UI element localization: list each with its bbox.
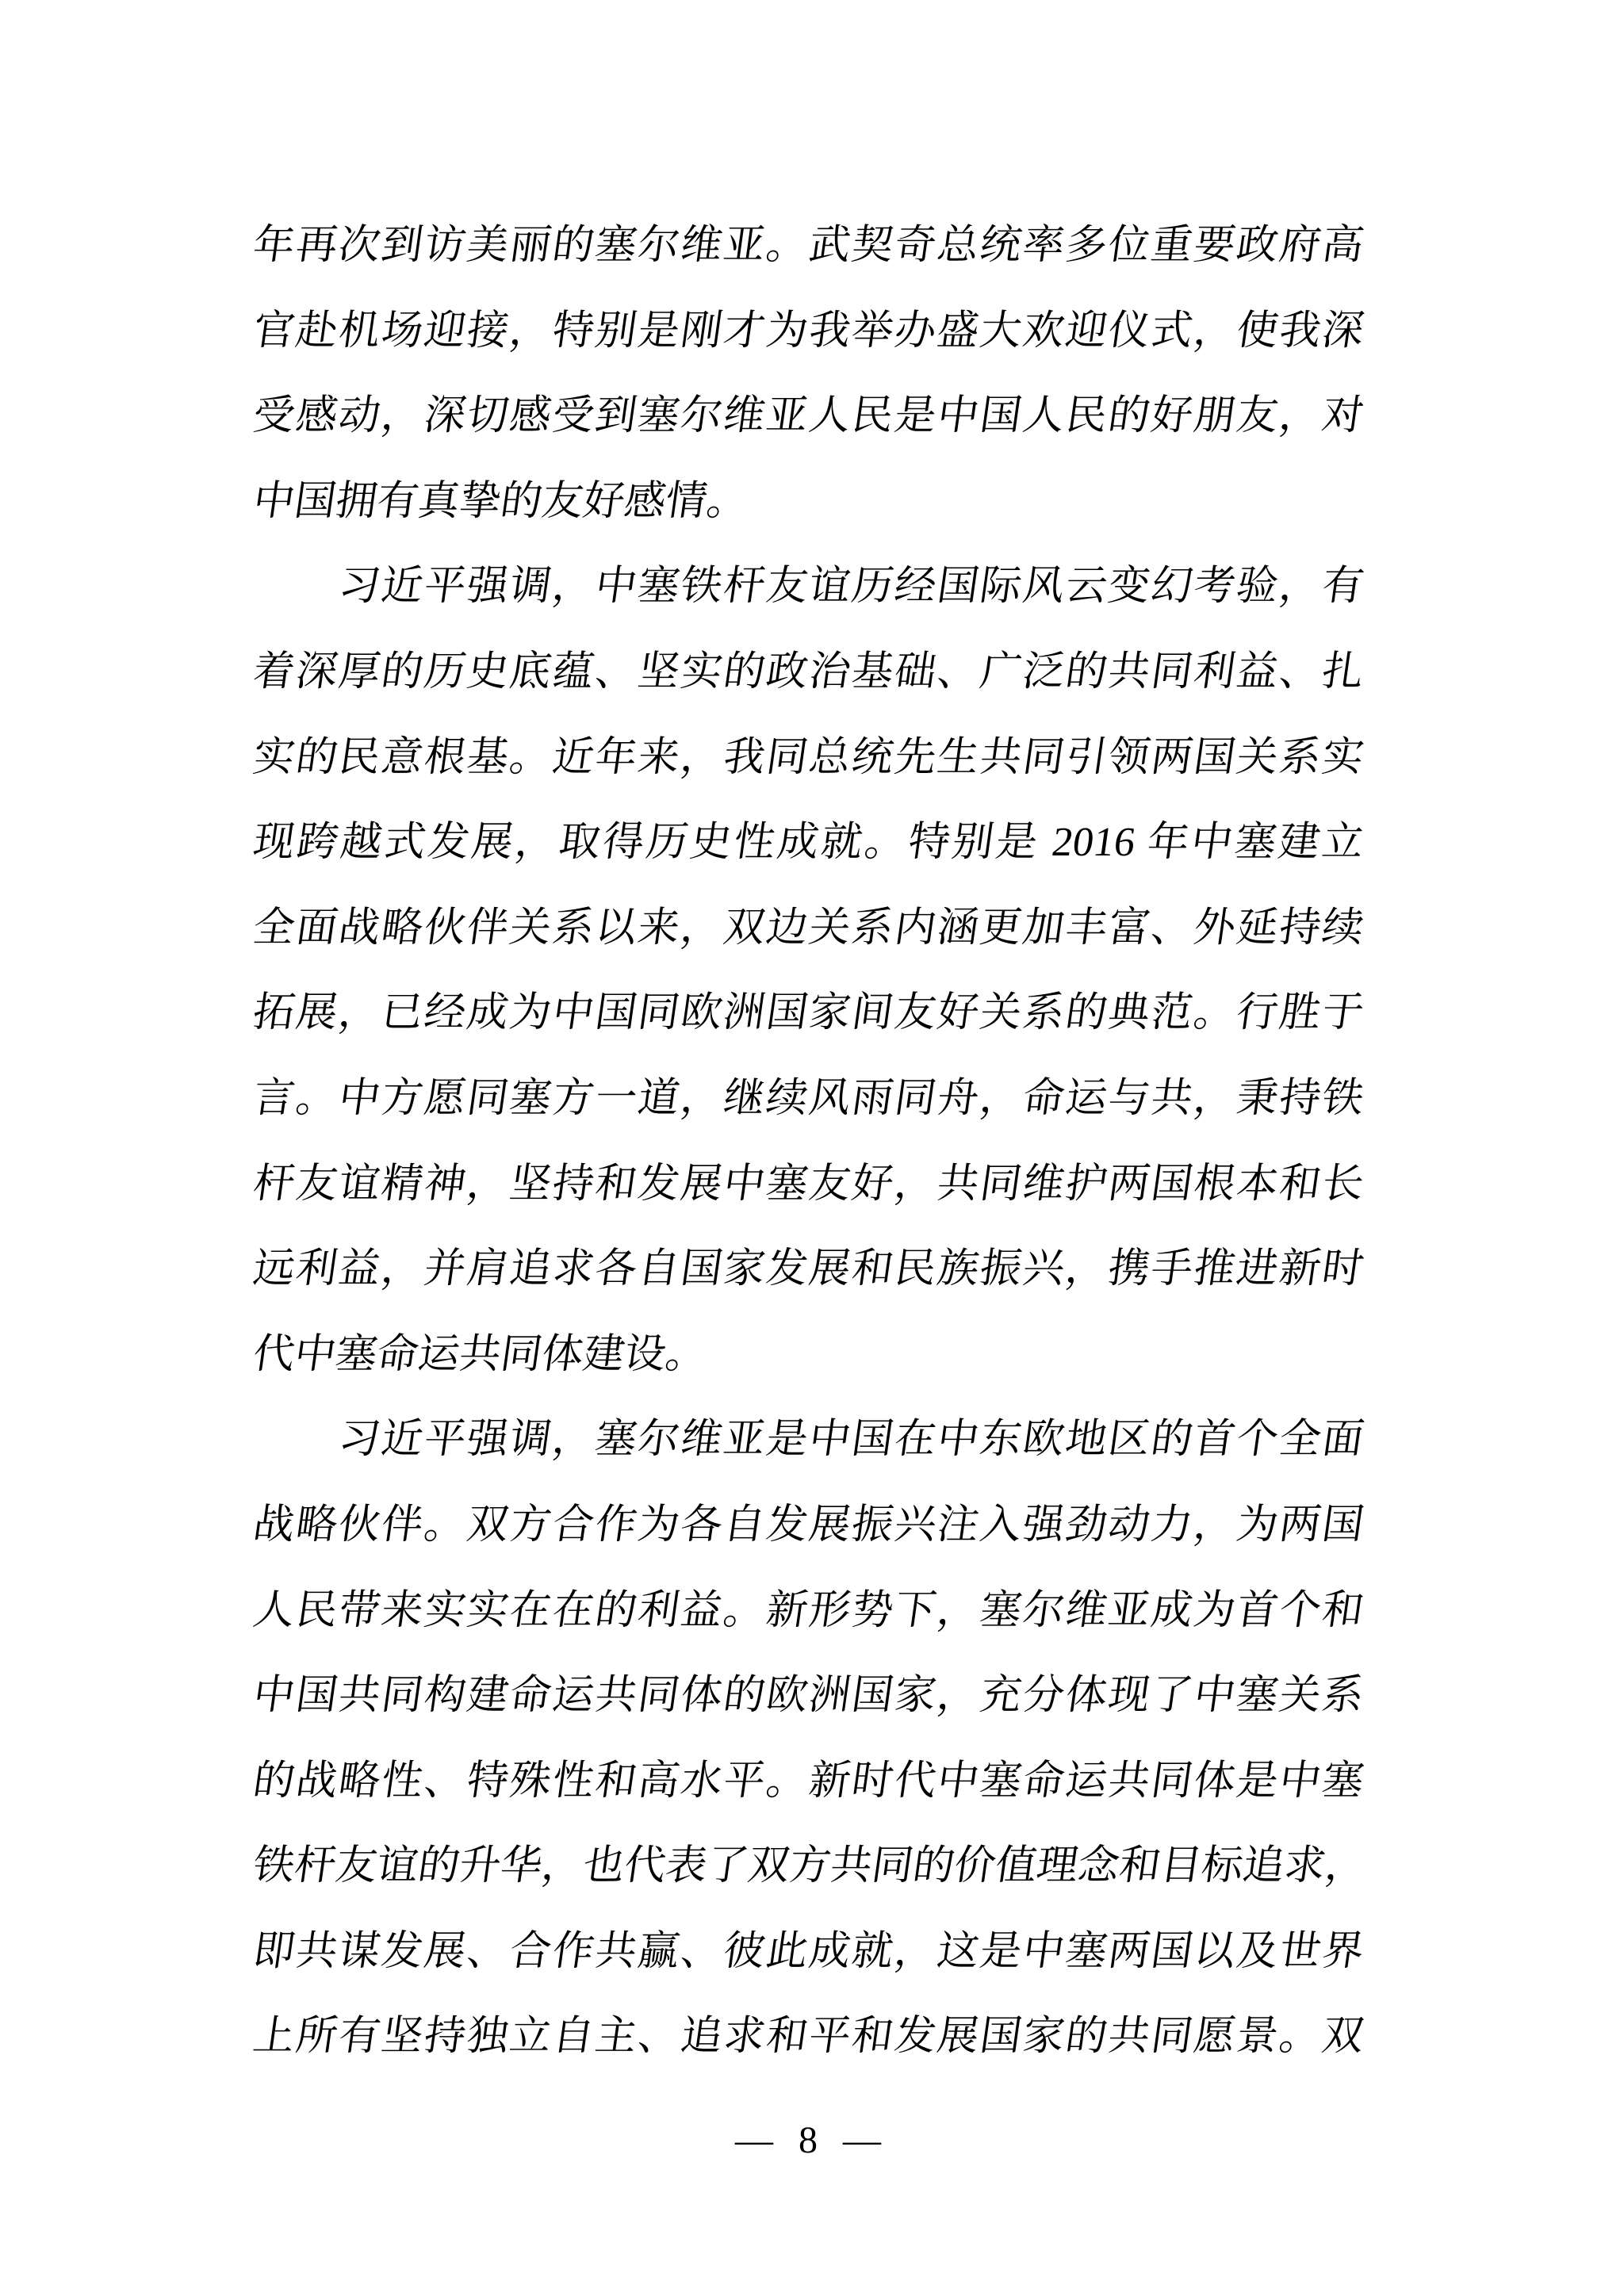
text-line-20: 铁杆友谊的升华，也代表了双方共同的价值理念和目标追求， <box>247 1823 1369 1909</box>
text-line-1: 年再次到访美丽的塞尔维亚。武契奇总统率多位重要政府高 <box>247 203 1369 289</box>
text-line-2: 官赴机场迎接，特别是刚才为我举办盛大欢迎仪式，使我深 <box>247 289 1369 374</box>
text-line-12: 杆友谊精神，坚持和发展中塞友好，共同维护两国根本和长 <box>247 1142 1369 1227</box>
text-line-14: 代中塞命运共同体建设。 <box>247 1312 1369 1398</box>
document-page: 年再次到访美丽的塞尔维亚。武契奇总统率多位重要政府高官赴机场迎接，特别是刚才为我… <box>0 0 1624 2296</box>
text-line-21: 即共谋发展、合作共赢、彼此成就，这是中塞两国以及世界 <box>247 1909 1369 1995</box>
body-text: 年再次到访美丽的塞尔维亚。武契奇总统率多位重要政府高官赴机场迎接，特别是刚才为我… <box>247 203 1358 2080</box>
text-line-5: 习近平强调，中塞铁杆友谊历经国际风云变幻考验，有 <box>247 544 1369 629</box>
text-line-22: 上所有坚持独立自主、追求和平和发展国家的共同愿景。双 <box>247 1994 1369 2080</box>
text-line-3: 受感动，深切感受到塞尔维亚人民是中国人民的好朋友，对 <box>247 373 1369 459</box>
text-line-16: 战略伙伴。双方合作为各自发展振兴注入强劲动力，为两国 <box>247 1483 1369 1568</box>
page-number: — 8 — <box>735 2119 889 2161</box>
text-line-7: 实的民意根基。近年来，我同总统先生共同引领两国关系实 <box>247 715 1369 801</box>
text-line-6: 着深厚的历史底蕴、坚实的政治基础、广泛的共同利益、扎 <box>247 629 1369 715</box>
text-line-4: 中国拥有真挚的友好感情。 <box>247 459 1369 545</box>
page-footer: — 8 — <box>0 2110 1624 2171</box>
text-line-9: 全面战略伙伴关系以来，双边关系内涵更加丰富、外延持续 <box>247 886 1369 971</box>
text-line-10: 拓展，已经成为中国同欧洲国家间友好关系的典范。行胜于 <box>247 970 1369 1056</box>
text-line-8: 现跨越式发展，取得历史性成就。特别是 2016 年中塞建立 <box>247 800 1369 886</box>
text-line-15: 习近平强调，塞尔维亚是中国在中东欧地区的首个全面 <box>247 1397 1369 1483</box>
text-line-13: 远利益，并肩追求各自国家发展和民族振兴，携手推进新时 <box>247 1226 1369 1312</box>
text-line-18: 中国共同构建命运共同体的欧洲国家，充分体现了中塞关系 <box>247 1653 1369 1739</box>
text-line-19: 的战略性、特殊性和高水平。新时代中塞命运共同体是中塞 <box>247 1739 1369 1824</box>
text-line-11: 言。中方愿同塞方一道，继续风雨同舟，命运与共，秉持铁 <box>247 1056 1369 1142</box>
text-line-17: 人民带来实实在在的利益。新形势下，塞尔维亚成为首个和 <box>247 1568 1369 1654</box>
